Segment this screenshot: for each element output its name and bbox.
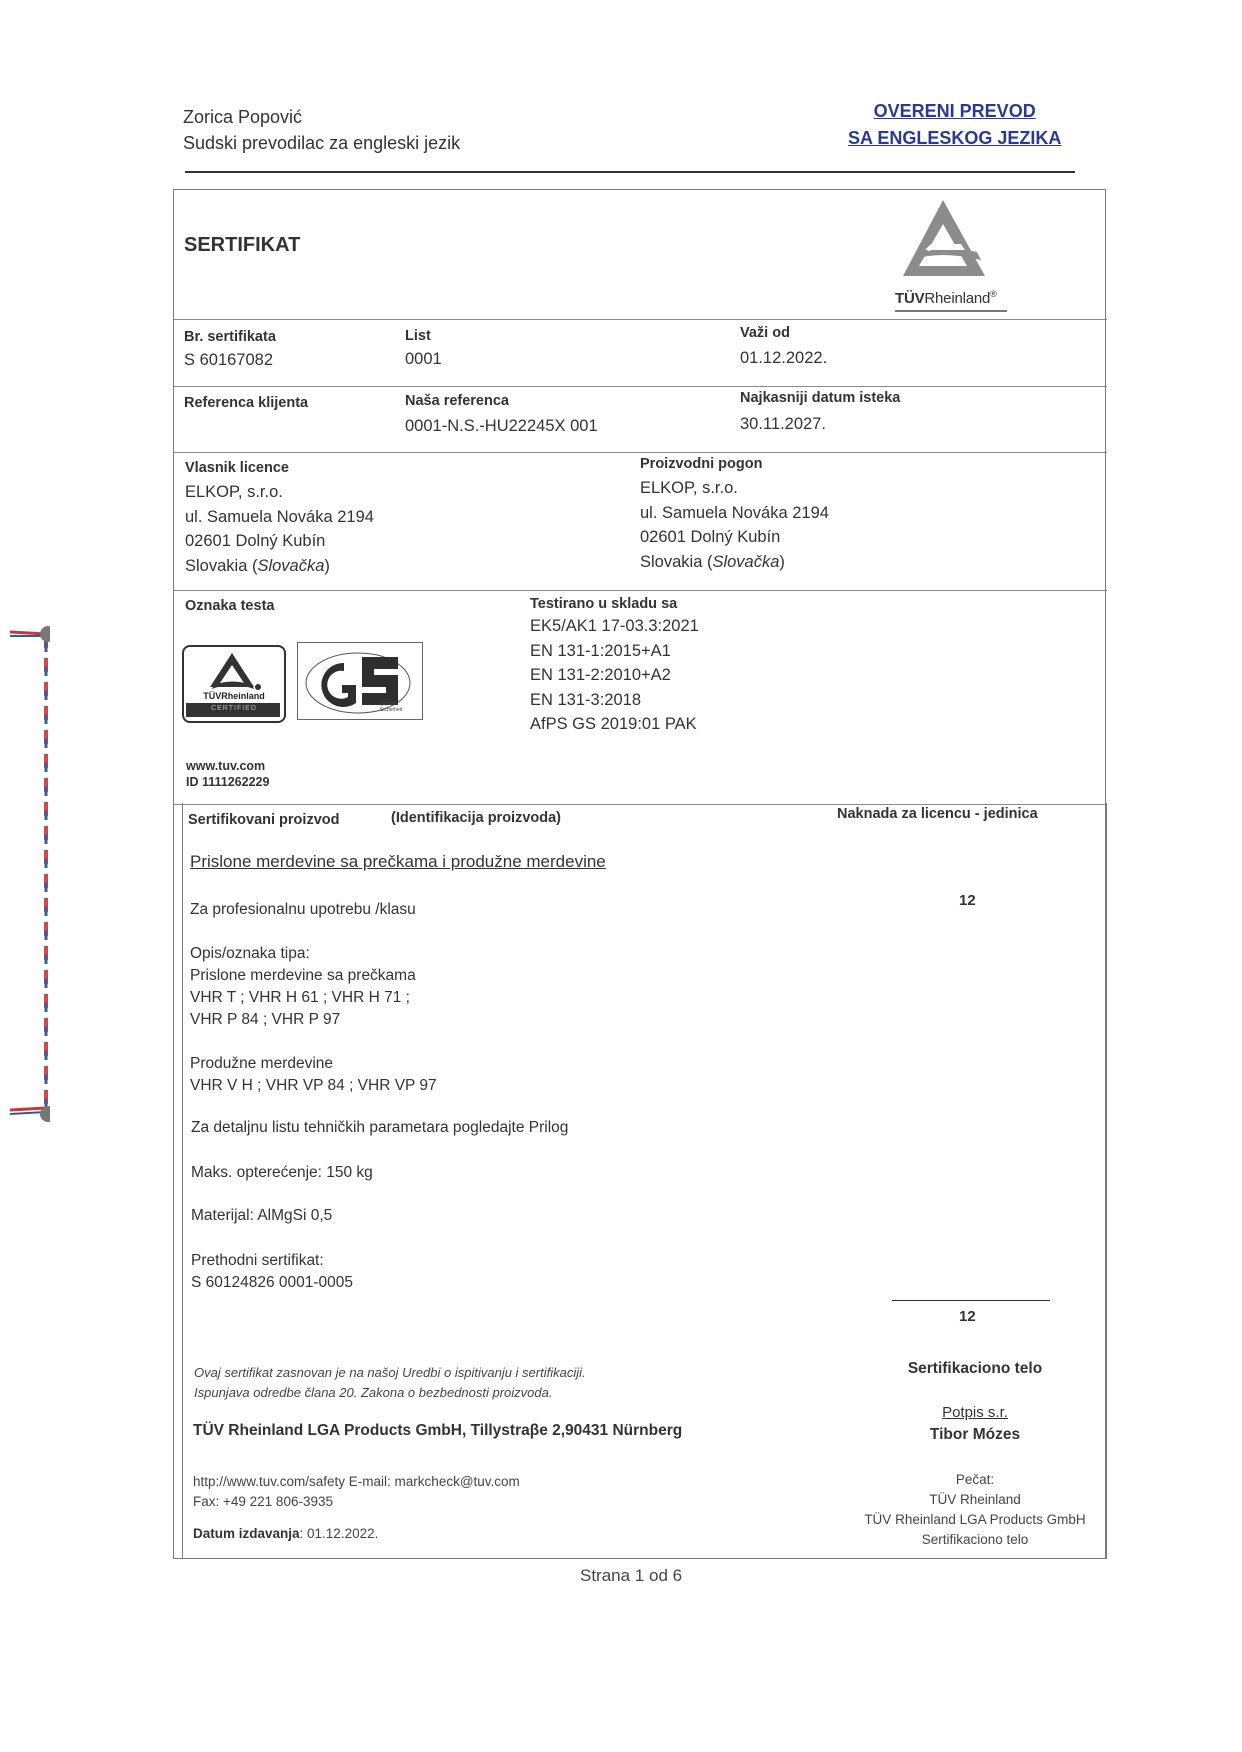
max-load: Maks. opterećenje: 150 kg	[191, 1162, 373, 1184]
cert-number-value: S 60167082	[184, 351, 273, 370]
previous-cert-value: S 60124826 0001-0005	[191, 1272, 353, 1294]
certified-translation-stamp: OVERENI PREVOD SA ENGLESKOG JEZIKA	[848, 98, 1061, 152]
signature-note: Potpis s.r.	[865, 1404, 1085, 1421]
list-value: 0001	[405, 350, 442, 369]
divider	[174, 319, 1107, 320]
gs-mark-badge: geprüfte Sicherheit	[297, 642, 423, 720]
product-identification-label: (Identifikacija proizvoda)	[391, 810, 561, 826]
tested-according-label: Testirano u skladu sa	[530, 596, 699, 612]
stamp-line: TÜV Rheinland LGA Products GmbH	[850, 1510, 1100, 1530]
expiry-value: 30.11.2027.	[740, 415, 826, 434]
divider	[174, 590, 1107, 591]
material: Materijal: AlMgSi 0,5	[191, 1205, 332, 1227]
cord-icon	[10, 612, 50, 1132]
type-label: Opis/oznaka tipa:	[190, 943, 437, 965]
standard-item: AfPS GS 2019:01 PAK	[530, 712, 699, 737]
license-holder-country: Slovakia (Slovačka)	[185, 554, 374, 579]
license-fee-value: 12	[959, 892, 976, 909]
country-close: )	[324, 557, 330, 575]
contact-web-email: http://www.tuv.com/safety E-mail: markch…	[193, 1472, 520, 1492]
production-plant-line: ul. Samuela Nováka 2194	[640, 501, 829, 526]
type-group-2-title: Produžne merdevine	[190, 1053, 437, 1075]
client-reference-label: Referenca klijenta	[184, 395, 308, 411]
stamp-line: TÜV Rheinland	[850, 1490, 1100, 1510]
tuv-badge-text: TÜVRheinland	[184, 691, 284, 701]
production-plant-block: Proizvodni pogon ELKOP, s.r.o. ul. Samue…	[640, 456, 829, 574]
country-name: Slovakia (	[640, 553, 712, 571]
production-plant-line: ELKOP, s.r.o.	[640, 476, 829, 501]
translator-name: Zorica Popović	[183, 104, 460, 130]
country-local-name: Slovačka	[712, 553, 779, 571]
certification-body-label: Sertifikaciono telo	[865, 1360, 1085, 1378]
stamp-block: Pečat: TÜV Rheinland TÜV Rheinland LGA P…	[850, 1470, 1100, 1550]
expiry-label: Najkasniji datum isteka	[740, 390, 900, 406]
logo-brand-regular: Rheinland	[924, 290, 990, 307]
previous-cert-label: Prethodni sertifikat:	[191, 1250, 353, 1272]
stamp-line-2: SA ENGLESKOG JEZIKA	[848, 125, 1061, 152]
previous-certificate-block: Prethodni sertifikat: S 60124826 0001-00…	[191, 1250, 353, 1294]
license-holder-line: ul. Samuela Nováka 2194	[185, 505, 374, 530]
gs-mark-sub: geprüfte Sicherheit	[380, 701, 420, 713]
tuv-id: ID 1111262229	[186, 774, 269, 790]
type-group-1-models: VHR P 84 ; VHR P 97	[190, 1009, 437, 1031]
license-holder-block: Vlasnik licence ELKOP, s.r.o. ul. Samuel…	[185, 460, 374, 578]
product-usage: Za profesionalnu upotrebu /klasu	[190, 899, 416, 921]
type-group-1-models: VHR T ; VHR H 61 ; VHR H 71 ;	[190, 987, 437, 1009]
legal-note: Ovaj sertifikat zasnovan je na našoj Ure…	[194, 1363, 586, 1403]
tuv-website: www.tuv.com	[186, 758, 269, 774]
issue-date-value: : 01.12.2022.	[300, 1526, 379, 1541]
issue-date-label: Datum izdavanja	[193, 1526, 300, 1541]
stamp-line: Sertifikaciono telo	[850, 1530, 1100, 1550]
certified-product-label: Sertifikovani proizvod	[188, 812, 339, 828]
license-fee-total: 12	[959, 1308, 976, 1325]
country-name: Slovakia (	[185, 557, 257, 575]
cert-number-label: Br. sertifikata	[184, 329, 276, 345]
valid-from-label: Važi od	[740, 325, 790, 341]
list-label: List	[405, 328, 431, 344]
issue-date: Datum izdavanja: 01.12.2022.	[193, 1526, 378, 1541]
translator-header: Zorica Popović Sudski prevodilac za engl…	[183, 104, 460, 156]
signer-name: Tibor Mózes	[865, 1426, 1085, 1444]
contact-fax: Fax: +49 221 806-3935	[193, 1492, 520, 1512]
page-indicator: Strana 1 od 6	[580, 1566, 682, 1586]
certificate-title: SERTIFIKAT	[184, 234, 300, 257]
valid-from-value: 01.12.2022.	[740, 349, 827, 368]
country-close: )	[779, 553, 785, 571]
issuer-contact: http://www.tuv.com/safety E-mail: markch…	[193, 1472, 520, 1512]
tested-according-block: Testirano u skladu sa EK5/AK1 17-03.3:20…	[530, 596, 699, 737]
test-mark-info: www.tuv.com ID 1111262229	[186, 758, 269, 790]
tuv-badge-sub: CERTIFIED	[184, 705, 284, 712]
license-fee-label: Naknada za licencu - jedinica	[837, 806, 1038, 822]
license-holder-line: ELKOP, s.r.o.	[185, 480, 374, 505]
header-divider	[185, 171, 1075, 173]
logo-brand-bold: TÜV	[895, 290, 924, 307]
issuer-company: TÜV Rheinland LGA Products GmbH, Tillyst…	[193, 1422, 682, 1440]
test-mark-label: Oznaka testa	[185, 598, 274, 614]
stamp-label: Pečat:	[850, 1470, 1100, 1490]
country-local-name: Slovačka	[257, 557, 324, 575]
registered-mark: ®	[990, 289, 996, 299]
divider	[174, 452, 1107, 453]
tuv-logo-text: TÜVRheinland®	[895, 289, 997, 307]
legal-note-line-2: Ispunjava odredbe člana 20. Zakona o bez…	[194, 1383, 586, 1403]
translator-title: Sudski prevodilac za engleski jezik	[183, 130, 460, 156]
fee-total-rule	[892, 1300, 1050, 1301]
binding-cord	[44, 622, 58, 1112]
type-description-block: Opis/oznaka tipa: Prislone merdevine sa …	[190, 943, 437, 1097]
license-holder-line: 02601 Dolný Kubín	[185, 529, 374, 554]
tuv-triangle-icon	[895, 198, 1015, 286]
production-plant-line: 02601 Dolný Kubín	[640, 525, 829, 550]
license-holder-label: Vlasnik licence	[185, 460, 374, 476]
tuv-rheinland-logo: TÜVRheinland®	[895, 198, 1015, 316]
type-group-2-models: VHR V H ; VHR VP 84 ; VHR VP 97	[190, 1075, 437, 1097]
standard-item: EN 131-2:2010+A2	[530, 663, 699, 688]
our-reference-value: 0001-N.S.-HU22245X 001	[405, 417, 598, 436]
product-name: Prislone merdevine sa prečkama i produžn…	[190, 852, 606, 872]
details-note: Za detaljnu listu tehničkih parametara p…	[191, 1117, 568, 1139]
tuv-certified-badge: TÜVRheinland CERTIFIED	[182, 645, 286, 723]
standard-item: EK5/AK1 17-03.3:2021	[530, 614, 699, 639]
production-plant-country: Slovakia (Slovačka)	[640, 550, 829, 575]
logo-underline	[895, 310, 1007, 312]
type-group-1-title: Prislone merdevine sa prečkama	[190, 965, 437, 987]
legal-note-line-1: Ovaj sertifikat zasnovan je na našoj Ure…	[194, 1363, 586, 1383]
standard-item: EN 131-1:2015+A1	[530, 639, 699, 664]
divider	[174, 386, 1107, 387]
our-reference-label: Naša referenca	[405, 393, 509, 409]
stamp-line-1: OVERENI PREVOD	[848, 98, 1061, 125]
standard-item: EN 131-3:2018	[530, 688, 699, 713]
production-plant-label: Proizvodni pogon	[640, 456, 829, 472]
